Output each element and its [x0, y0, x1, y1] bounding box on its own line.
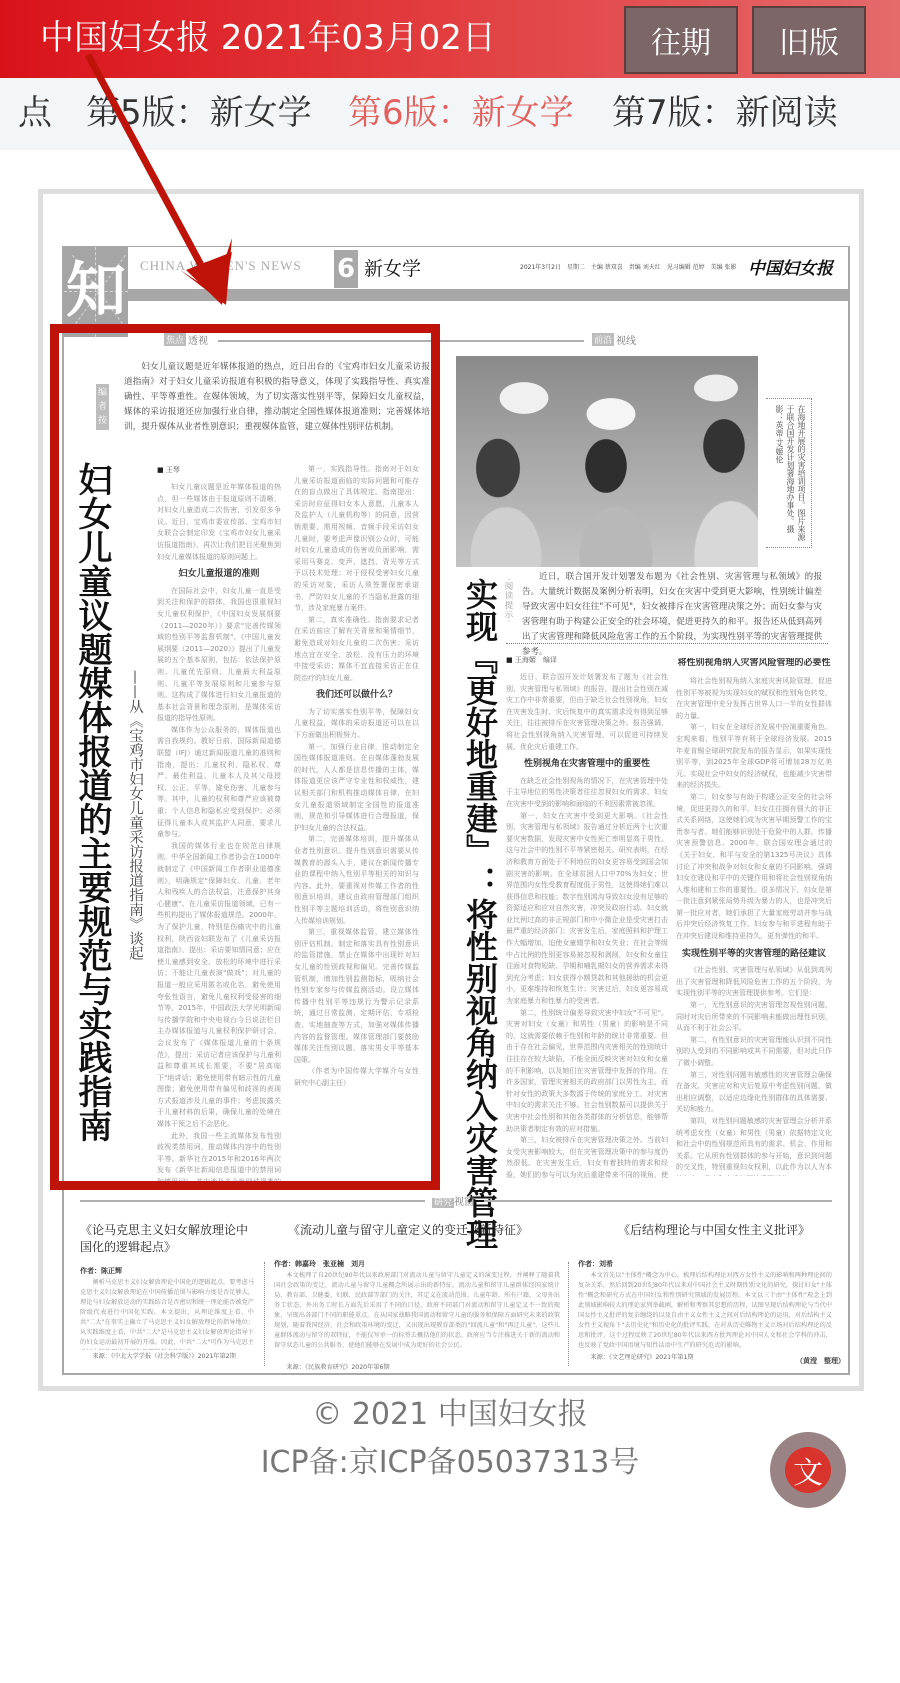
- app-header: 中国妇女报 2021年03月02日 往期 旧版: [0, 0, 900, 78]
- paragraph: 在国际社会中，妇女儿童一直是受到关注和保护的群体，我国也很重视妇女儿童权利保护，…: [157, 586, 281, 725]
- paragraph: 第一，加强行业自律，推动制定全国性媒体报道准则。在自媒体蓬勃发展的时代，人人都是…: [294, 742, 419, 835]
- column-tag-frontier: 前沿 视线: [592, 332, 636, 347]
- left-article-column-1: 妇女儿童议题是近年媒体报道的热点，但一些媒体由于报道原则不清晰，对妇女儿童造成二…: [157, 482, 281, 1182]
- research-rule: [484, 1200, 832, 1202]
- edition-tabs: 点 第5版：新女学 第6版：新女学 第7版：新阅读: [0, 78, 900, 150]
- paragraph: 此外，我国一些主流媒体发布性别歧视类禁用词，推动媒体内容中的性别平等。新华社在2…: [157, 1131, 281, 1182]
- right-article-summary: 近日，联合国开发计划署发布题为《社会性别、灾害管理与私领域》的报告。大量统计数据…: [522, 570, 822, 660]
- left-article-column-2: 第一，实践指导性。指南对于妇女儿童采访报道面临的实际问题和可能存在的盲点做出了具…: [294, 464, 419, 1182]
- column-tag-focus: 焦点 透视: [164, 332, 208, 347]
- masthead-page-number: 6: [334, 250, 358, 288]
- paragraph: 为了切实落实性别平等，保障妇女儿童权益，媒体的采访报道还可以在以下方面做出积极努…: [294, 707, 419, 742]
- editor-note-text: 妇女儿童议题是近年媒体报道的热点，近日出台的《宝鸡市妇女儿童采访报道指南》对于妇…: [124, 360, 430, 435]
- paragraph: 第三，妇女被排斥在灾害管理决策之外。当前妇女受灾害影响较大，但在灾害管理决策中的…: [506, 1135, 668, 1178]
- research-item-author: 作者：韩嘉玲 张亚楠 刘月: [274, 1259, 560, 1269]
- paragraph: 第一，实践指导性。指南对于妇女儿童采访报道面临的实际问题和可能存在的盲点做出了具…: [294, 464, 419, 615]
- paragraph: 媒体作为公众服务的，媒体报道也需自我规约。教好日前，国际新闻道德联盟（IFJ）通…: [157, 725, 281, 841]
- right-article-column-1: 近日，联合国开发计划署发布了题为《社会性别、灾害管理与私领域》的报告，提出社会性…: [506, 672, 668, 1178]
- paragraph: 第三，重视媒体监管，建立媒体性别评估机制。制定和落实具有性别意识的监管措施，禁止…: [294, 927, 419, 1066]
- zhi-logo: 知: [64, 247, 128, 337]
- paragraph: 第二，真实准确性。指南要求记者在采访前应了解有关背景和案情细节，避免造成对妇女儿…: [294, 615, 419, 685]
- read-tip-label: ·阅读提示·: [500, 578, 514, 623]
- photo-caption: 在海地开展的灾害培训项目。图片来源于联合国开发计划署海地办事处。摄影：英蒂·艾姬…: [766, 398, 812, 548]
- research-item-body: 本文梳理了自20世纪90年代以来政府部门对流动儿童与留守儿童定义的演变过程，并阐…: [274, 1271, 560, 1361]
- research-item-title: 《流动儿童与留守儿童定义的变迁及新特征》: [288, 1222, 560, 1239]
- research-divider: [568, 1262, 569, 1366]
- right-article-column-2: 将社会性别视角纳入家庭灾害风险管理，促进性别平等被视为实现妇女的赋权和性别角色转…: [676, 676, 832, 1176]
- masthead-section: 新女学: [364, 254, 421, 281]
- masthead-divider: [128, 289, 848, 301]
- research-item[interactable]: 《论马克思主义妇女解放理论中国化的逻辑起点》 作者：陈正辉 阐析马克思主义妇女解…: [80, 1222, 254, 1360]
- paragraph: 第一，妇女在全球经济发展中扮演重要角色。宏观来看，性别平等有利于全球经济发展。2…: [676, 722, 832, 792]
- research-item-source: 来源：《民族教育研究》2020年第6期: [274, 1362, 560, 1371]
- research-compiler: （黄滢 整理）: [796, 1356, 845, 1366]
- research-item-source: 来源：《文艺理论研究》2021年第1期: [578, 1352, 832, 1361]
- research-item-author: 作者：陈正辉: [80, 1266, 254, 1276]
- edition-tab-partial[interactable]: 点: [18, 90, 52, 136]
- paragraph: 在缺乏社会性别视角的情况下，在灾害管理中处于主导地位的男性决策者往往忽视妇女的需…: [506, 776, 668, 811]
- paragraph: 第一，无性别意识的灾害管理忽视性别问题，同时对灾后所带来的不同影响未能做出理性识…: [676, 1000, 832, 1035]
- masthead-meta: 2021年3月2日 星期二 主编 蔡双喜 责编 刘天红 见习编辑 范婷 美编 张…: [520, 262, 737, 271]
- summary-divider: [506, 643, 828, 644]
- paragraph: 我国的媒体行业也在规范自律规则。中华全国新闻工作者协会在1000年就制定了《中国…: [157, 841, 281, 1131]
- masthead-brand-logo: 中国妇女报: [748, 254, 833, 279]
- section-heading: 实现性别平等的灾害管理的路径建议: [676, 949, 832, 961]
- research-divider: [264, 1262, 265, 1366]
- section-heading: 妇女儿童报道的准则: [157, 569, 281, 581]
- column-rule: [218, 340, 434, 342]
- paragraph: 第一，妇女在灾害中受到更大影响。《社会性别、灾害管理与私领域》报告通过分析近两个…: [506, 811, 668, 1008]
- research-item-source: 来源：《中北大学学报（社会科学版）》2021年第2期: [80, 1351, 254, 1360]
- past-issues-button[interactable]: 往期: [624, 6, 738, 74]
- old-version-button[interactable]: 旧版: [752, 6, 866, 74]
- translate-icon: 文: [785, 1447, 831, 1493]
- research-section-tag: 研究视窗: [432, 1193, 474, 1208]
- left-article-headline[interactable]: 妇女儿童议题媒体报道的主要规范与实践指南: [72, 462, 112, 1142]
- research-item[interactable]: 《后结构理论与中国女性主义批评》 作者：刘希 本文首先以"主体性"概念为中心，梳…: [578, 1222, 832, 1361]
- left-article-subtitle: ——从《宝鸡市妇女儿童采访报道指南》谈起: [123, 670, 143, 960]
- research-item-title: 《后结构理论与中国女性主义批评》: [618, 1222, 832, 1239]
- paragraph: 第二，有性别意识的灾害管理能认识到不同性别的人受到的不同影响或其不同需要，但对此…: [676, 1035, 832, 1070]
- research-item-author: 作者：刘希: [578, 1259, 832, 1269]
- paragraph: 第二，完善媒体培训，提升媒体从业者性别意识。提升性别意识需要从传媒教育的源头入手…: [294, 834, 419, 927]
- column-rule: [434, 340, 584, 342]
- edition-tab-6-active[interactable]: 第6版：新女学: [348, 90, 574, 136]
- masthead-english-name: CHINA WOMEN'S NEWS: [140, 258, 302, 274]
- paragraph: 第二，性别统计偏差导致灾害中妇女"不可见"。灾害对妇女（女童）和男性（男童）的影…: [506, 1008, 668, 1136]
- edition-tab-7[interactable]: 第7版：新阅读: [612, 90, 838, 136]
- paragraph: （作者为中国传媒大学媒介与女性研究中心副主任）: [294, 1066, 419, 1089]
- paragraph: 第三，对性别问题有敏感性的灾害管理会确保在备灾、灾害应对和灾后复原中考虑性别问题…: [676, 1070, 832, 1116]
- paragraph: 第二，妇女参与有助于构建公正安全的社会环境，促进更持久的和平。妇女往往拥有强大的…: [676, 792, 832, 943]
- translate-button[interactable]: 文: [770, 1432, 846, 1508]
- paragraph: 将社会性别视角纳入家庭灾害风险管理，促进性别平等被视为实现妇女的赋权和性别角色转…: [676, 676, 832, 722]
- paragraph: 近日，联合国开发计划署发布了题为《社会性别、灾害管理与私领域》的报告，提出社会性…: [506, 672, 668, 753]
- edition-tab-5[interactable]: 第5版：新女学: [86, 90, 312, 136]
- paragraph: 妇女儿童议题是近年媒体报道的热点，但一些媒体由于报道原则不清晰，对妇女儿童造成二…: [157, 482, 281, 563]
- research-item[interactable]: 《流动儿童与留守儿童定义的变迁及新特征》 作者：韩嘉玲 张亚楠 刘月 本文梳理了…: [274, 1222, 560, 1371]
- icp-license-text[interactable]: ICP备:京ICP备05037313号: [0, 1443, 900, 1483]
- article-photo[interactable]: [456, 356, 758, 567]
- left-article-byline: 王琴: [157, 465, 180, 475]
- right-article-headline[interactable]: 实现『更好地重建』：将性别视角纳入灾害管理: [458, 578, 498, 1250]
- section-heading: 我们还可以做什么？: [294, 690, 419, 702]
- copyright-text: © 2021 中国妇女报: [0, 1395, 900, 1435]
- section-heading: 性别视角在灾害管理中的重要性: [506, 759, 668, 771]
- right-article-byline: 王海媚 编译: [506, 655, 557, 665]
- right-article-col2-heading: 将性别视角纳入灾害风险管理的必要性: [676, 658, 832, 672]
- zhi-logo-char: 知: [66, 251, 126, 331]
- newspaper-date-title: 中国妇女报 2021年03月02日: [40, 16, 496, 60]
- paragraph: 第四，对性别问题敏感的灾害管理会分析并系统考虑女性（女童）和男性（男童）依据特定…: [676, 1116, 832, 1176]
- research-rule: [80, 1200, 425, 1202]
- paragraph: 《社会性别、灾害管理与私领域》从低到高列出了灾害管理和降低风险危害工作的五个阶段…: [676, 965, 832, 1000]
- research-item-title: 《论马克思主义妇女解放理论中国化的逻辑起点》: [80, 1222, 254, 1256]
- research-item-body: 阐析马克思主义妇女解放理论中国化的逻辑起点，要考虑马克思主义妇女解放理论在中国传…: [80, 1278, 254, 1350]
- research-item-body: 本文首先以"主体性"概念为中心，梳理后结构理论对西方女性主义的影响和两种理论间的…: [578, 1271, 832, 1351]
- editor-note-tag: 编者按: [96, 384, 109, 430]
